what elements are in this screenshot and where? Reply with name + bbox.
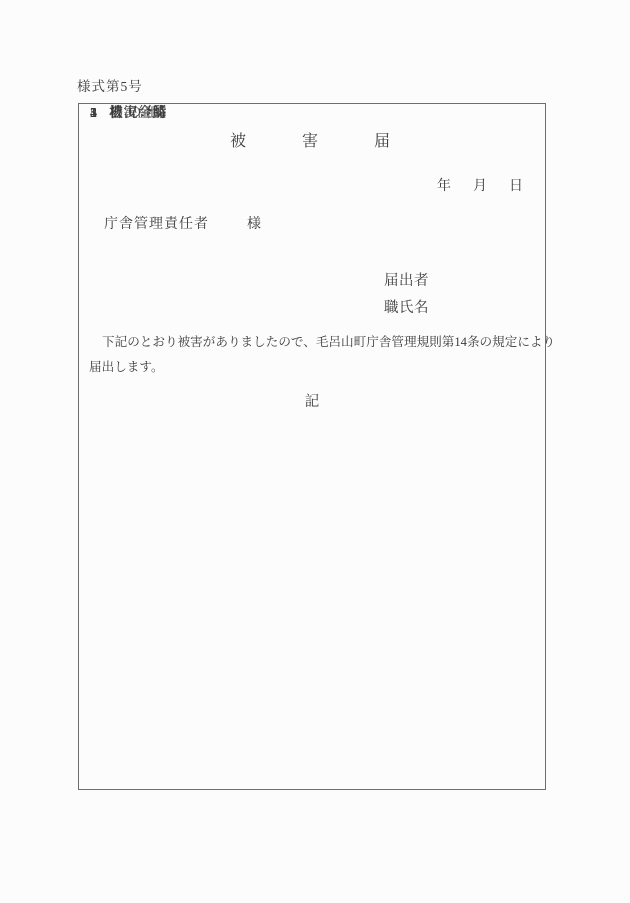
body-line-2: 届出します。	[89, 355, 555, 380]
date-line: 年 月 日	[437, 177, 523, 197]
item-label: そ の 他	[109, 104, 161, 124]
recipient-line: 庁舎管理責任者 様	[104, 215, 262, 235]
form-border-box: 被害届 年 月 日 庁舎管理責任者 様 届出者 職氏名 下記のとおり被害がありま…	[78, 103, 546, 790]
body-line-1: 下記のとおり被害がありましたので、毛呂山町庁舎管理規則第14条の規定により	[89, 330, 555, 355]
section-marker: 記	[79, 392, 545, 412]
day-label: 日	[509, 177, 523, 197]
form-number: 様式第5号	[77, 79, 143, 95]
reporter-label: 届出者	[384, 271, 429, 291]
document-title: 被害届	[230, 132, 446, 152]
name-label: 職氏名	[384, 298, 429, 318]
honorific-label: 様	[247, 215, 262, 235]
list-item-other: 5 そ の 他	[90, 104, 161, 124]
year-label: 年	[437, 177, 451, 197]
document-page: 様式第5号 被害届 年 月 日 庁舎管理責任者 様 届出者 職氏名 下記のとおり…	[0, 0, 630, 903]
month-label: 月	[473, 177, 487, 197]
body-paragraph: 下記のとおり被害がありましたので、毛呂山町庁舎管理規則第14条の規定により 届出…	[89, 330, 555, 380]
item-number: 5	[90, 104, 97, 124]
recipient-label: 庁舎管理責任者	[104, 215, 209, 235]
